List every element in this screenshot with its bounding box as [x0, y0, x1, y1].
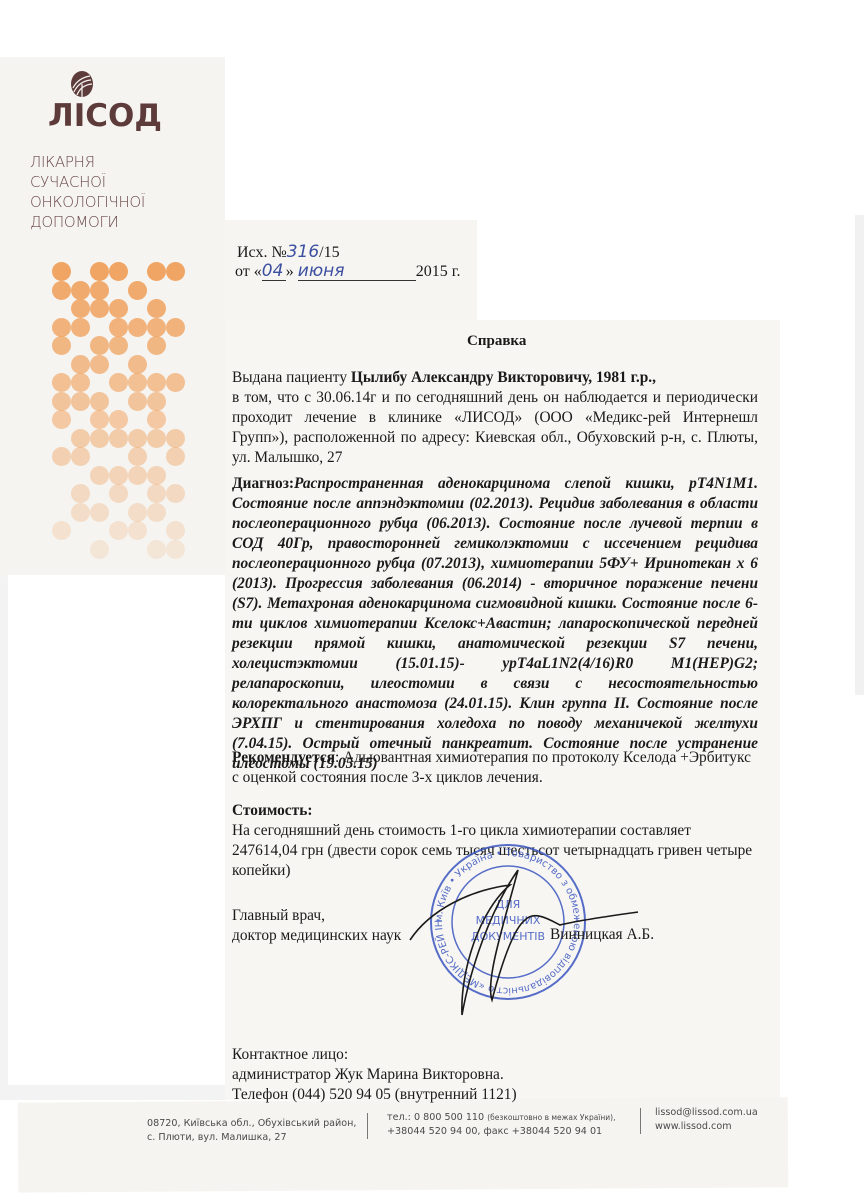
diagnosis-paragraph: Диагноз:Распространенная аденокарцинома … [232, 474, 758, 774]
phone-fax: +38044 520 94 00, факс +38044 520 94 01 [387, 1125, 615, 1139]
decorative-dot [128, 318, 147, 337]
contact-block: Контактное лицо: администратор Жук Марин… [232, 1045, 758, 1105]
decorative-dot [128, 503, 147, 522]
footer-divider [367, 1113, 368, 1139]
decorative-dot [90, 355, 109, 374]
blank-patch [8, 575, 225, 1085]
decorative-dot [52, 262, 71, 281]
decorative-dot [71, 373, 90, 392]
handwritten-day: 04 [262, 262, 286, 281]
cost-label: Стоимость: [232, 801, 758, 821]
footer-address: 08720, Київська обл., Обухівський район,… [147, 1117, 356, 1145]
decorative-dot [90, 262, 109, 281]
outgoing-label: Исх. № [237, 244, 287, 261]
decorative-dot-pattern [52, 262, 202, 562]
decorative-dot [147, 484, 166, 503]
decorative-dot [71, 447, 90, 466]
issued-paragraph: Выдана пациенту Цылибу Александру Виктор… [232, 368, 758, 468]
decorative-dot [166, 521, 185, 540]
tagline-line: ДОПОМОГИ [30, 212, 145, 232]
decorative-dot [147, 503, 166, 522]
logo-wordmark: ЛІСОД [48, 98, 162, 134]
decorative-dot [166, 484, 185, 503]
decorative-dot [109, 429, 128, 448]
footer-email-link[interactable]: lissod@lissod.com.ua [655, 1106, 758, 1120]
decorative-dot [52, 336, 71, 355]
decorative-dot [90, 503, 109, 522]
address-line: с. Плюти, вул. Малишка, 27 [147, 1131, 356, 1145]
decorative-dot [52, 410, 71, 429]
decorative-dot [71, 429, 90, 448]
decorative-dot [128, 373, 147, 392]
tagline-line: СУЧАСНОЇ [30, 172, 145, 192]
tagline-line: ОНКОЛОГІЧНОЇ [30, 192, 145, 212]
decorative-dot [166, 447, 185, 466]
decorative-dot [166, 540, 185, 559]
recommendation-paragraph: Рекомендуется: Адьювантная химиотерапия … [232, 748, 758, 788]
decorative-dot [128, 521, 147, 540]
decorative-dot [166, 429, 185, 448]
decorative-dot [90, 410, 109, 429]
footer-website-link[interactable]: www.lissod.com [655, 1120, 758, 1134]
patient-name: Цылибу Александру Викторовичу, 1981 г.р.… [351, 369, 656, 386]
decorative-dot [109, 299, 128, 318]
contact-label: Контактное лицо: [232, 1045, 758, 1065]
decorative-dot [71, 299, 90, 318]
decorative-dot [109, 336, 128, 355]
paper-edge [855, 215, 864, 695]
decorative-dot [52, 373, 71, 392]
contact-person: администратор Жук Марина Викторовна. [232, 1065, 758, 1085]
contact-phone: Телефон (044) 520 94 05 (внутренний 1121… [232, 1085, 758, 1105]
address-line: 08720, Київська обл., Обухівський район, [147, 1117, 356, 1131]
decorative-dot [90, 429, 109, 448]
phone-note: (безкоштовно в межах України), [487, 1113, 615, 1122]
decorative-dot [147, 262, 166, 281]
decorative-dot [147, 410, 166, 429]
outgoing-suffix: /15 [319, 244, 339, 261]
handwritten-number: 316 [287, 242, 319, 262]
issued-body: в том, что с 30.06.14г и по сегодняшний … [232, 389, 758, 466]
decorative-dot [52, 521, 71, 540]
date-prefix: от « [235, 263, 262, 280]
decorative-dot [71, 355, 90, 374]
handwritten-signature-icon [400, 850, 640, 1020]
date-mid: » [286, 263, 294, 280]
decorative-dot [147, 429, 166, 448]
footer-divider [640, 1108, 641, 1134]
decorative-dot [166, 262, 185, 281]
decorative-dot [109, 466, 128, 485]
decorative-dot [128, 392, 147, 411]
decorative-dot [71, 503, 90, 522]
letterhead-tagline: ЛІКАРНЯ СУЧАСНОЇ ОНКОЛОГІЧНОЇ ДОПОМОГИ [30, 152, 145, 232]
decorative-dot [90, 466, 109, 485]
decorative-dot [147, 299, 166, 318]
diagnosis-label: Диагноз: [232, 475, 294, 492]
recommend-label: Рекомендуется [232, 749, 335, 766]
decorative-dot [52, 318, 71, 337]
decorative-dot [147, 466, 166, 485]
decorative-dot [90, 281, 109, 300]
footer-contacts: lissod@lissod.com.ua www.lissod.com [655, 1106, 758, 1134]
date-year: 2015 г. [416, 263, 461, 280]
decorative-dot [71, 318, 90, 337]
decorative-dot [71, 392, 90, 411]
tagline-line: ЛІКАРНЯ [30, 152, 145, 172]
decorative-dot [147, 373, 166, 392]
decorative-dot [109, 484, 128, 503]
decorative-dot [71, 484, 90, 503]
decorative-dot [147, 540, 166, 559]
decorative-dot [109, 262, 128, 281]
decorative-dot [90, 392, 109, 411]
decorative-dot [147, 392, 166, 411]
diagnosis-text: Распространенная аденокарцинома слепой к… [232, 475, 758, 772]
decorative-dot [52, 447, 71, 466]
decorative-dot [90, 299, 109, 318]
handwritten-month: июня [298, 262, 416, 281]
decorative-dot [90, 336, 109, 355]
leaf-mark-icon [70, 70, 94, 98]
decorative-dot [109, 521, 128, 540]
issued-prefix: Выдана пациенту [232, 369, 351, 386]
decorative-dot [71, 281, 90, 300]
decorative-dot [166, 318, 185, 337]
decorative-dot [52, 392, 71, 411]
decorative-dot [147, 336, 166, 355]
decorative-dot [128, 281, 147, 300]
decorative-dot [109, 318, 128, 337]
document-title: Справка [467, 333, 526, 350]
outgoing-reference: Исх. №316/15 от «04» июня2015 г. [237, 243, 461, 281]
decorative-dot [128, 355, 147, 374]
footer-phones: тел.: 0 800 500 110 (безкоштовно в межах… [387, 1111, 615, 1139]
phone-free: тел.: 0 800 500 110 [387, 1112, 487, 1123]
decorative-dot [52, 281, 71, 300]
decorative-dot [90, 540, 109, 559]
decorative-dot [109, 373, 128, 392]
decorative-dot [128, 429, 147, 448]
decorative-dot [128, 466, 147, 485]
decorative-dot [109, 410, 128, 429]
decorative-dot [147, 318, 166, 337]
decorative-dot [128, 447, 147, 466]
decorative-dot [166, 373, 185, 392]
